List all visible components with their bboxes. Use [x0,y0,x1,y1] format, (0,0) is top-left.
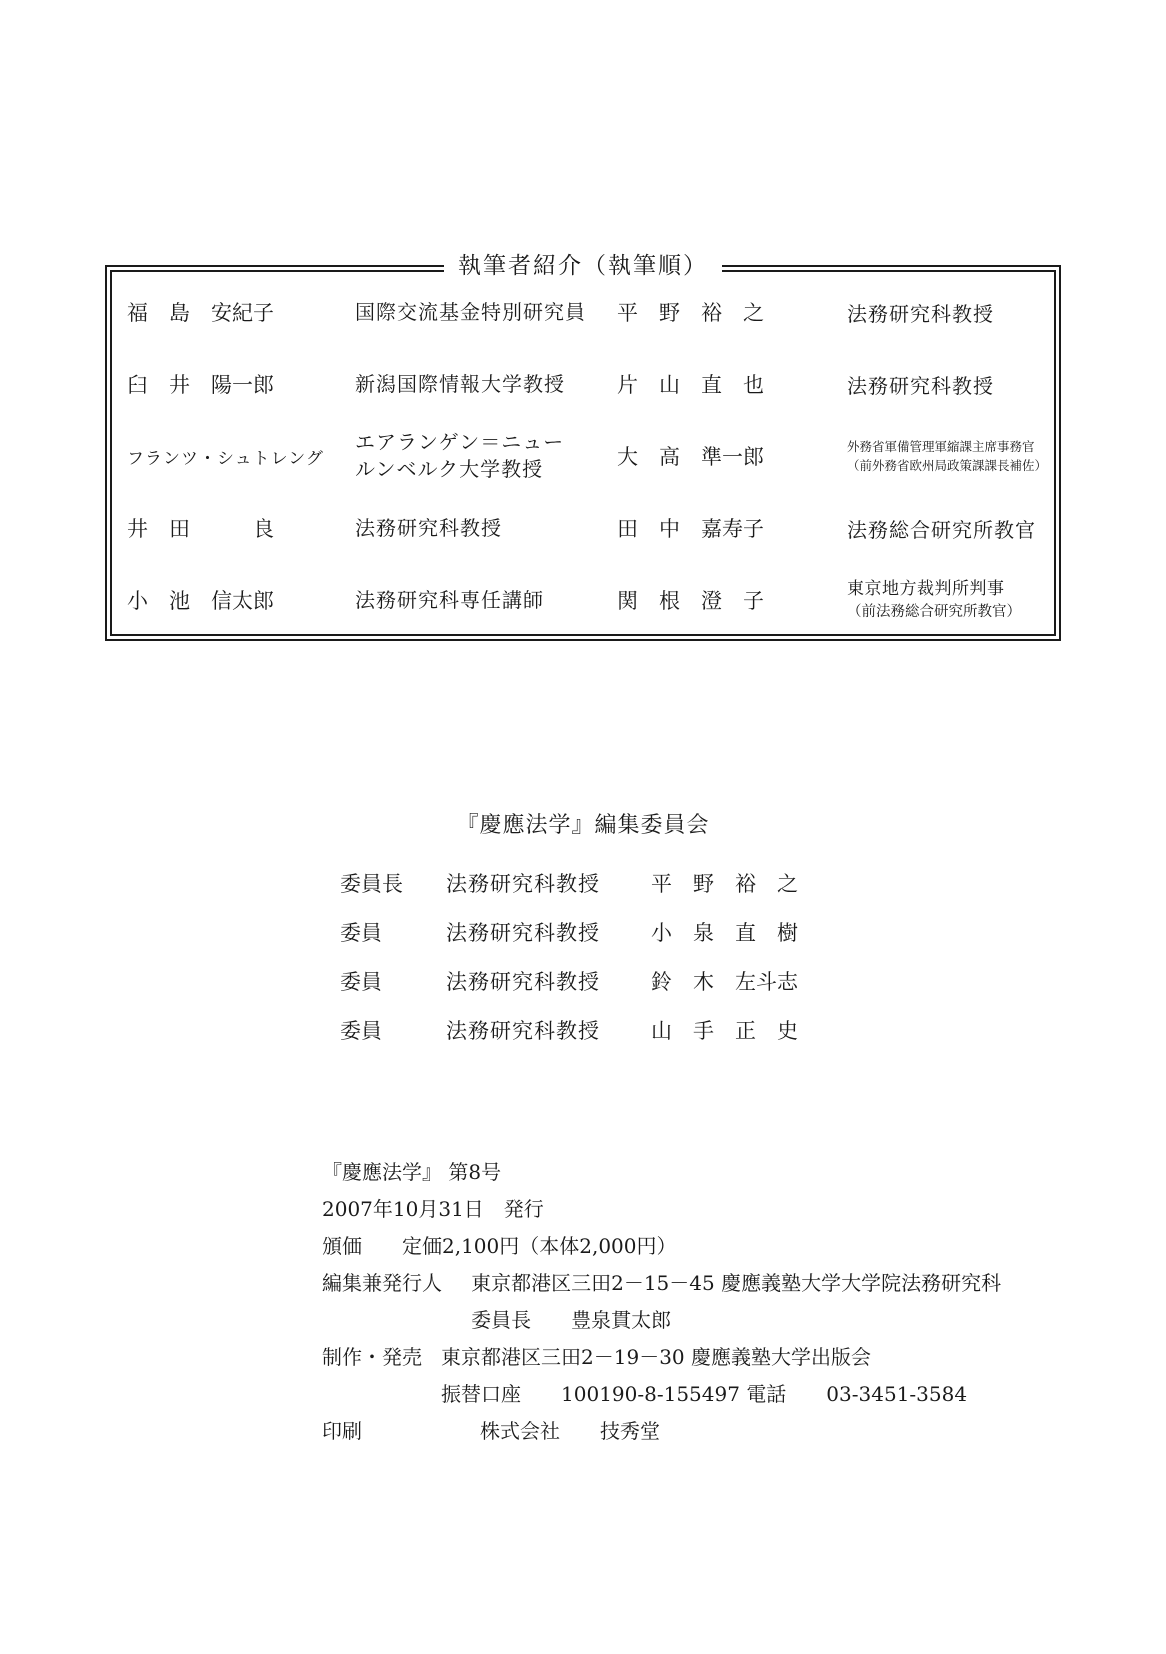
author-name: 小 池 信太郎 [127,585,327,615]
author-row: 小 池 信太郎 法務研究科専任講師 関 根 澄 子 東京地方裁判所判事 （前法務… [123,564,1047,636]
author-affiliation: 法務研究科教授 [847,370,1047,399]
colophon-entry: 編集兼発行人 東京都港区三田2－15－45 慶應義塾大学大学院法務研究科 委員長… [322,1265,1166,1339]
publication-date-line: 2007年10月31日 発行 [322,1191,1166,1228]
author-row: 臼 井 陽一郎 新潟国際情報大学教授 片 山 直 也 法務研究科教授 [123,348,1047,420]
member-affiliation: 法務研究科教授 [446,917,651,947]
member-role: 委員 [340,1015,446,1045]
committee-member-row: 委員 法務研究科教授 山 手 正 史 [340,1005,826,1054]
authors-box: 執筆者紹介（執筆順） 福 島 安紀子 国際交流基金特別研究員 平 野 裕 之 法… [105,265,1061,641]
author-name: 片 山 直 也 [617,369,807,399]
colophon: 『慶應法学』 第8号 2007年10月31日 発行 頒価 定価2,100円（本体… [322,1154,1166,1450]
entry-value: 株式会社 技秀堂 [480,1413,660,1450]
affiliation-line: 東京地方裁判所判事 [847,577,1047,601]
affiliation-line: （前法務総合研究所教官） [847,601,1047,623]
entry-value-line: 振替口座 100190-8-155497 [441,1382,740,1406]
author-row: 福 島 安紀子 国際交流基金特別研究員 平 野 裕 之 法務研究科教授 [123,276,1047,348]
author-row: 井 田 良 法務研究科教授 田 中 嘉寿子 法務総合研究所教官 [123,492,1047,564]
author-name: 平 野 裕 之 [617,297,807,327]
author-affiliation: 法務総合研究所教官 [847,514,1047,543]
author-affiliation: 東京地方裁判所判事 （前法務総合研究所教官） [847,577,1047,623]
committee-member-row: 委員 法務研究科教授 鈴 木 左斗志 [340,956,826,1005]
journal-issue-line: 『慶應法学』 第8号 [322,1154,1166,1191]
author-name: フランツ・シュトレング [127,444,327,469]
entry-value-line: 株式会社 技秀堂 [480,1419,660,1443]
affiliation-line: 法務研究科教授 [847,370,1047,399]
affiliation-line: 新潟国際情報大学教授 [355,371,617,398]
entry-value-line: 東京都港区三田2－15－45 [471,1271,715,1295]
entry-value: 東京都港区三田2－19－30 慶應義塾大学出版会 振替口座 100190-8-1… [441,1339,1166,1413]
affiliation-line: （前外務省欧州局政策課課長補佐） [847,456,1047,475]
affiliation-line: 法務総合研究所教官 [847,514,1047,543]
entry-value: 東京都港区三田2－15－45 慶應義塾大学大学院法務研究科 委員長 豊泉貫太郎 [471,1265,1166,1339]
price-line: 頒価 定価2,100円（本体2,000円） [322,1228,1166,1265]
entry-value-line: 委員長 豊泉貫太郎 [471,1308,671,1332]
entry-value-line: 慶應義塾大学出版会 [691,1345,871,1369]
author-name: 田 中 嘉寿子 [617,513,807,543]
author-affiliation: 新潟国際情報大学教授 [355,371,617,398]
member-name: 小 泉 直 樹 [651,917,798,947]
author-affiliation: 国際交流基金特別研究員 [355,299,617,326]
member-affiliation: 法務研究科教授 [446,966,651,996]
member-role: 委員 [340,966,446,996]
author-name: 井 田 良 [127,513,327,543]
author-affiliation: 法務研究科教授 [847,298,1047,327]
affiliation-line: 国際交流基金特別研究員 [355,299,617,326]
member-affiliation: 法務研究科教授 [446,1015,651,1045]
committee-member-row: 委員 法務研究科教授 小 泉 直 樹 [340,907,826,956]
entry-value-line: 電話 03-3451-3584 [746,1382,967,1406]
affiliation-line: 法務研究科専任講師 [355,587,617,614]
affiliation-line: 法務研究科教授 [355,515,617,542]
affiliation-line: 外務省軍備管理軍縮課主席事務官 [847,437,1047,456]
affiliation-line: ルンベルク大学教授 [355,456,617,483]
member-role: 委員長 [340,868,446,898]
author-row: フランツ・シュトレング エアランゲン＝ニュー ルンベルク大学教授 大 高 準一郎… [123,420,1047,492]
authors-table: 福 島 安紀子 国際交流基金特別研究員 平 野 裕 之 法務研究科教授 臼 井 … [123,276,1047,636]
author-name: 大 高 準一郎 [617,441,807,471]
author-name: 関 根 澄 子 [617,585,807,615]
committee-member-row: 委員長 法務研究科教授 平 野 裕 之 [340,858,826,907]
affiliation-line: エアランゲン＝ニュー [355,429,617,456]
entry-label: 印刷 [322,1413,480,1450]
author-affiliation: エアランゲン＝ニュー ルンベルク大学教授 [355,429,617,483]
member-name: 山 手 正 史 [651,1015,798,1045]
author-name: 福 島 安紀子 [127,297,327,327]
author-affiliation: 法務研究科専任講師 [355,587,617,614]
member-role: 委員 [340,917,446,947]
author-affiliation: 法務研究科教授 [355,515,617,542]
member-name: 鈴 木 左斗志 [651,966,798,996]
author-affiliation: 外務省軍備管理軍縮課主席事務官 （前外務省欧州局政策課課長補佐） [847,437,1047,475]
entry-value-line: 東京都港区三田2－19－30 [441,1345,685,1369]
entry-label: 編集兼発行人 [322,1265,471,1302]
colophon-entry: 制作・発売 東京都港区三田2－19－30 慶應義塾大学出版会 振替口座 1001… [322,1339,1166,1413]
entry-label: 制作・発売 [322,1339,441,1376]
affiliation-line: 法務研究科教授 [847,298,1047,327]
member-name: 平 野 裕 之 [651,868,798,898]
editorial-committee: 『慶應法学』編集委員会 委員長 法務研究科教授 平 野 裕 之 委員 法務研究科… [340,810,826,1054]
committee-title: 『慶應法学』編集委員会 [340,810,826,842]
colophon-entry: 印刷 株式会社 技秀堂 [322,1413,1166,1450]
entry-value-line: 慶應義塾大学大学院法務研究科 [721,1271,1001,1295]
member-affiliation: 法務研究科教授 [446,868,651,898]
author-name: 臼 井 陽一郎 [127,369,327,399]
